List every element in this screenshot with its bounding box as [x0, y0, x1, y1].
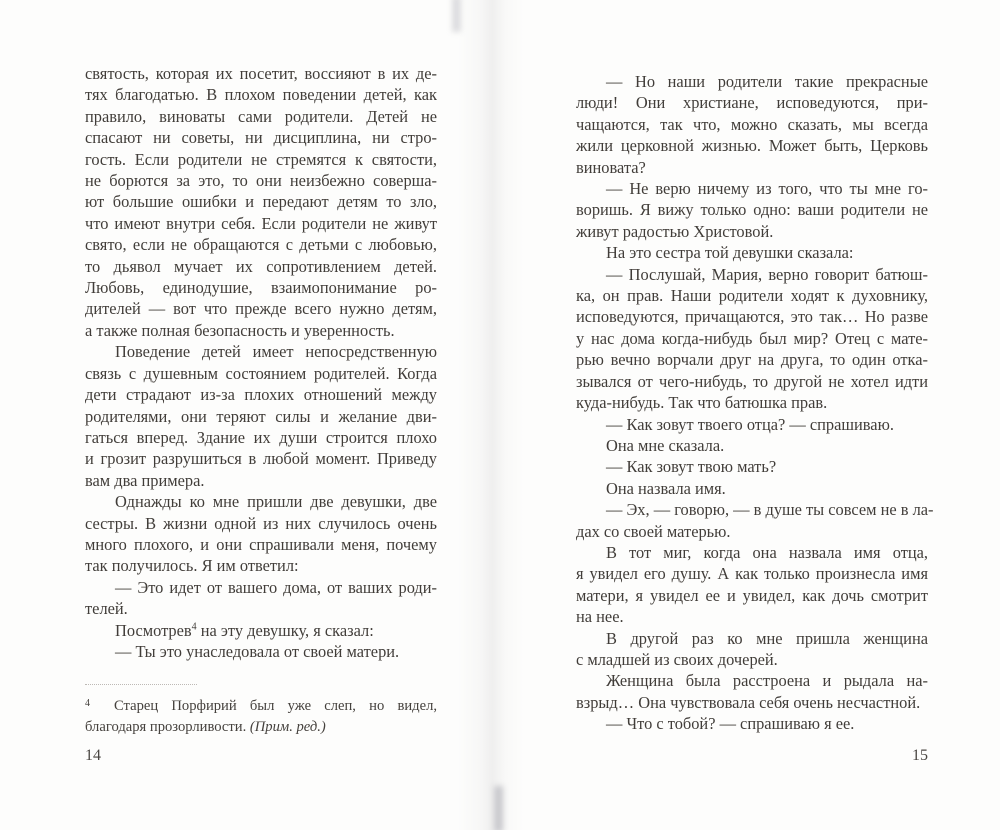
text-line: — Как зовут твоего отца? — спрашиваю. [576, 414, 928, 435]
text-line: — Это идет от вашего дома, от ваших роди… [85, 577, 437, 598]
text-line: много плохого, и они спрашивали меня, по… [85, 534, 437, 555]
text-line: дети страдают из-за плохих отношений меж… [85, 384, 437, 405]
text-line: Она мне сказала. [576, 435, 928, 456]
text-line: дителей — вот что прежде всего нужно дет… [85, 298, 437, 319]
text-line: сестры. В жизни одной из них случилось о… [85, 513, 437, 534]
text-line: — Ты это унаследовала от своей матери. [85, 641, 437, 662]
text-line: спасают ни советы, ни дисциплина, ни стр… [85, 127, 437, 148]
left-page-body: святость, которая их посетит, воссияют в… [85, 63, 437, 662]
paragraph: Женщина была расстроена и рыдала на-взры… [576, 670, 928, 713]
scan-artifact-top [452, 0, 461, 32]
paragraph: Поведение детей имеет непосредственнуюсв… [85, 341, 437, 491]
text-line: правило, виноваты сами родители. Детей н… [85, 106, 437, 127]
footnote: 4Старец Порфирий был уже слеп, но видел,… [85, 693, 437, 738]
page-gutter-shadow [458, 0, 524, 830]
footnote-separator [85, 684, 197, 685]
right-page-body: — Но наши родители такие прекрасныелюди!… [576, 71, 928, 735]
paragraph: Посмотрев4 на эту девушку, я сказал: [85, 620, 437, 641]
paragraph: — Ты это унаследовала от своей матери. [85, 641, 437, 662]
paragraph: В другой раз ко мне пришла женщинас млад… [576, 628, 928, 671]
footnote-area: 4Старец Порфирий был уже слеп, но видел,… [85, 684, 437, 738]
right-page-number: 15 [576, 747, 928, 765]
text-line: с младшей из своих дочерей. [576, 649, 928, 670]
text-line: на нее. [576, 606, 928, 627]
paragraph: святость, которая их посетит, воссияют в… [85, 63, 437, 341]
text-line: тях благодатью. В плохом поведении детей… [85, 84, 437, 105]
text-line: В другой раз ко мне пришла женщина [576, 628, 928, 649]
paragraph: Она назвала имя. [576, 478, 928, 499]
paragraph: На это сестра той девушки сказала: [576, 242, 928, 263]
footnote-reference: 4 [192, 621, 197, 632]
text-line: матери, я увидел ее и увидел, как дочь с… [576, 585, 928, 606]
text-line: Любовь, единодушие, взаимопонимание ро- [85, 277, 437, 298]
paragraph: — Но наши родители такие прекрасныелюди!… [576, 71, 928, 178]
paragraph: — Что с тобой? — спрашиваю я ее. [576, 713, 928, 734]
text-line: гаться вперед. Здание их души строится п… [85, 427, 437, 448]
text-line: — Не верю ничему из того, что ты мне го- [576, 178, 928, 199]
text-line: дах со своей матерью. [576, 521, 928, 542]
text-line: чащаются, так что, можно сказать, мы все… [576, 114, 928, 135]
paragraph: Однажды ко мне пришли две девушки, двесе… [85, 491, 437, 577]
text-line: гость. Если родители не стремятся к свят… [85, 149, 437, 170]
paragraph: — Не верю ничему из того, что ты мне го-… [576, 178, 928, 242]
text-line: исповедуются, причащаются, это так… Но р… [576, 306, 928, 327]
text-line: и грозит разрушиться в любой момент. При… [85, 448, 437, 469]
text-line: вам два примера. [85, 470, 437, 491]
text-line: ка, он прав. Наши родители ходят к духов… [576, 285, 928, 306]
text-line: взрыд… Она чувствовала себя очень несчас… [576, 692, 928, 713]
text-line: не борются за это, то они неизбежно сове… [85, 170, 437, 191]
text-line: Посмотрев4 на эту девушку, я сказал: [85, 620, 437, 641]
text-line: жили церковной жизнью. Может быть, Церко… [576, 135, 928, 156]
text-line: На это сестра той девушки сказала: [576, 242, 928, 263]
text-line: у нас дома когда-нибудь был мир? Отец с … [576, 328, 928, 349]
text-line: зывался от чего-нибудь, то другой не хот… [576, 371, 928, 392]
text-line: Она назвала имя. [576, 478, 928, 499]
text-line: — Эх, — говорю, — в душе ты совсем не в … [576, 499, 928, 520]
paragraph: — Как зовут твоего отца? — спрашиваю. [576, 414, 928, 435]
text-line: родителями, они теряют силы и желание дв… [85, 406, 437, 427]
paragraph: — Послушай, Мария, верно говорит батюш-к… [576, 264, 928, 414]
text-line: виновата? [576, 157, 928, 178]
paragraph: Она мне сказала. [576, 435, 928, 456]
paragraph: — Это идет от вашего дома, от ваших роди… [85, 577, 437, 620]
text-line: люди! Они христиане, исповедуются, при- [576, 92, 928, 113]
paragraph: — Эх, — говорю, — в душе ты совсем не в … [576, 499, 928, 542]
footnote-source: (Прим. ред.) [250, 719, 326, 735]
text-line: то дьявол мучает их сопротивлением детей… [85, 256, 437, 277]
footnote-marker: 4 [85, 698, 90, 709]
text-line: Однажды ко мне пришли две девушки, две [85, 491, 437, 512]
left-page-number: 14 [85, 747, 101, 765]
text-line: я увидел его душу. А как только произнес… [576, 563, 928, 584]
text-line: воришь. Я вижу только одно: ваши родител… [576, 199, 928, 220]
text-line: живут радостью Христовой. [576, 221, 928, 242]
text-line: свято, если не обращаются с детьми с люб… [85, 234, 437, 255]
text-line: связь с душевным состоянием родителей. К… [85, 363, 437, 384]
text-line: святость, которая их посетит, воссияют в… [85, 63, 437, 84]
paragraph: — Как зовут твою мать? [576, 456, 928, 477]
text-line: рью вечно ворчали друг на друга, то один… [576, 349, 928, 370]
text-line: так получилось. Я им ответил: [85, 555, 437, 576]
text-line: а также полная безопасность и уверенност… [85, 320, 437, 341]
scan-artifact-bottom [494, 786, 503, 830]
text-line: телей. [85, 598, 437, 619]
text-line: что имеют внутри себя. Если родители не … [85, 213, 437, 234]
text-line: — Послушай, Мария, верно говорит батюш- [576, 264, 928, 285]
text-line: Женщина была расстроена и рыдала на- [576, 670, 928, 691]
text-line: куда-нибудь. Так что батюшка прав. [576, 392, 928, 413]
text-line: В тот миг, когда она назвала имя отца, [576, 542, 928, 563]
text-line: — Что с тобой? — спрашиваю я ее. [576, 713, 928, 734]
text-line: — Как зовут твою мать? [576, 456, 928, 477]
paragraph: В тот миг, когда она назвала имя отца,я … [576, 542, 928, 628]
text-line: ют большие ошибки и передают детям то зл… [85, 191, 437, 212]
text-line: Поведение детей имеет непосредственную [85, 341, 437, 362]
text-line: — Но наши родители такие прекрасные [576, 71, 928, 92]
book-spread: святость, которая их посетит, воссияют в… [0, 0, 1000, 830]
